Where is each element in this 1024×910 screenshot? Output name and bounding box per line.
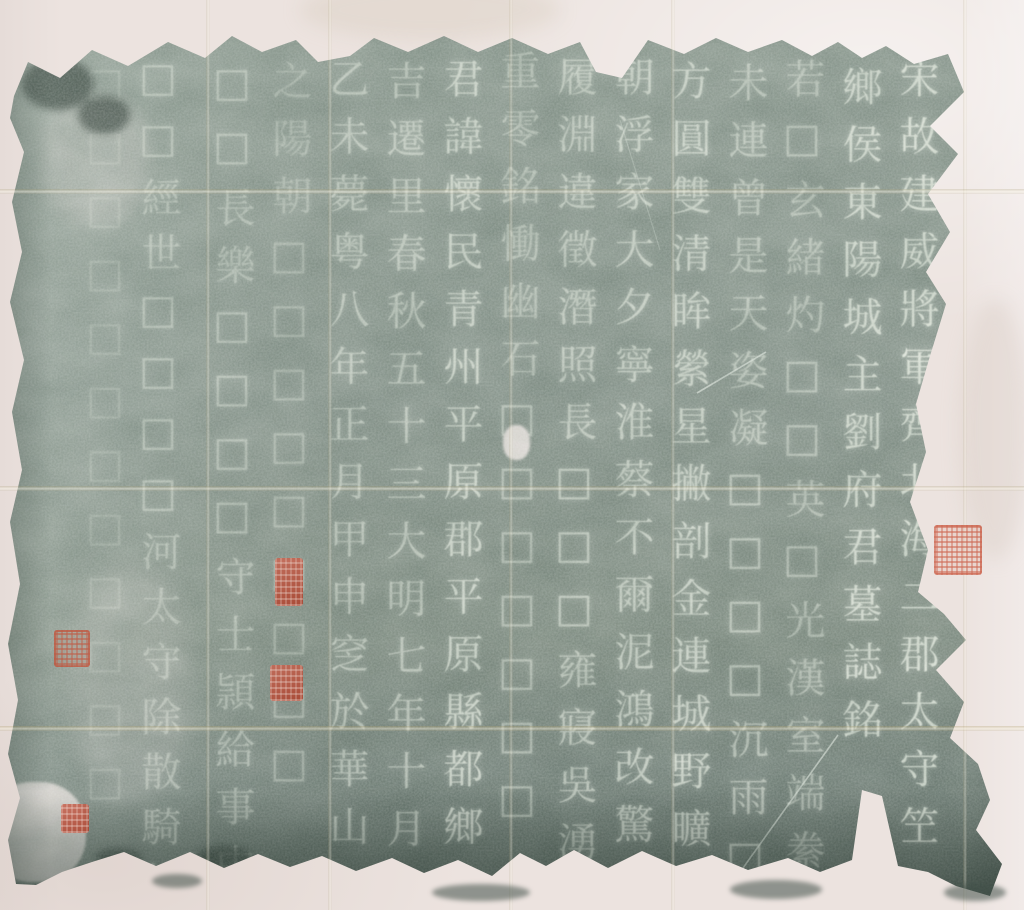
ink-clump (152, 874, 202, 888)
red-seal-left-lower (61, 804, 89, 833)
paper-stain (960, 300, 1024, 560)
red-seal-center-lower (270, 665, 303, 701)
red-seal-center-upper (275, 558, 303, 606)
paper-crease-vertical (671, 0, 675, 910)
paper-crease-horizontal (0, 486, 1024, 491)
paper-crease-vertical (328, 0, 332, 910)
paper-crease-horizontal (0, 189, 1024, 194)
paper-crease-vertical (509, 0, 513, 910)
paper-crease-horizontal (0, 726, 1024, 731)
paper-crease-vertical (963, 0, 967, 910)
ink-clump (944, 884, 1006, 901)
red-seal-right-edge (934, 525, 982, 575)
ink-clump (432, 884, 530, 901)
ink-clump (730, 880, 822, 899)
red-seal-left-upper (54, 630, 90, 667)
paper-crease-vertical (206, 0, 210, 910)
rubbing-photograph: 宋故建威將軍齊北海二郡太守笁鄉侯東陽城主劉府君墓誌銘若□玄緒灼□□英□光漢室端絭… (0, 0, 1024, 910)
